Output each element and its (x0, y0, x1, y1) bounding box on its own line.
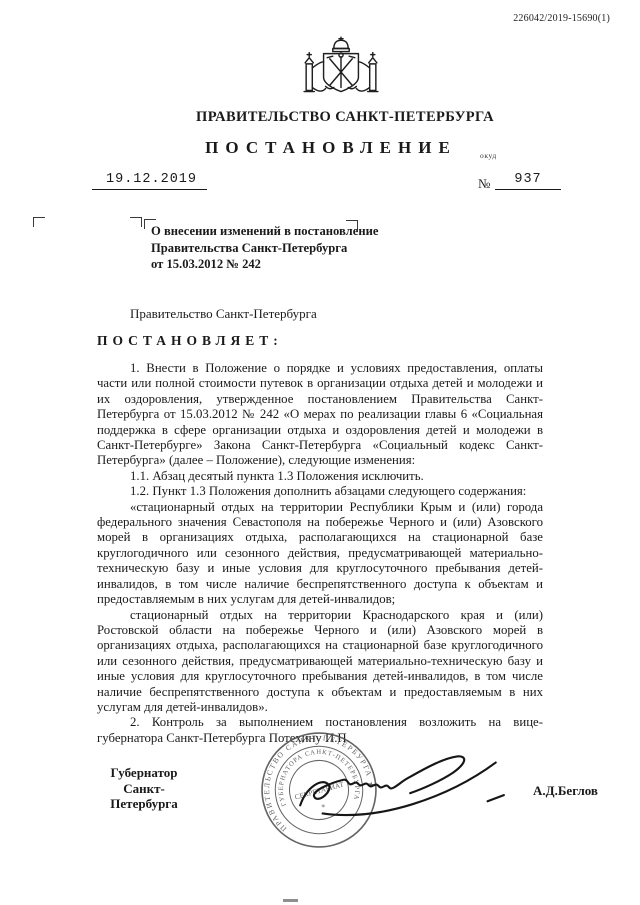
signer-position: Губернатор Санкт-Петербурга (95, 765, 193, 812)
okud-form-label: окуд (480, 151, 497, 160)
subject-line: О внесении изменений в постановление (151, 223, 381, 240)
registration-ref-number: 226042/2019-15690(1) (513, 13, 610, 24)
document-page: 226042/2019-15690(1) ПРАВИТЕЛЬСТ (0, 0, 640, 905)
preamble-text: Правительство Санкт-Петербурга (130, 306, 317, 322)
number-sign-label: № (478, 176, 490, 192)
resolves-heading: ПОСТАНОВЛЯЕТ: (97, 333, 283, 349)
doc-subject-block: О внесении изменений в постановление Пра… (151, 223, 381, 273)
handwritten-signature (288, 745, 512, 829)
scan-artifact (283, 899, 298, 902)
doc-body: 1. Внести в Положение о порядке и услови… (97, 361, 543, 746)
doc-type-heading: ПОСТАНОВЛЕНИЕ (0, 138, 640, 158)
subject-line: Правительства Санкт-Петербурга (151, 240, 381, 257)
paragraph-crimea: «стационарный отдых на территории Респуб… (97, 500, 543, 608)
corner-mark-left (33, 217, 45, 227)
spb-coat-of-arms-icon (300, 36, 382, 102)
doc-number: 937 (495, 172, 561, 190)
paragraph-1: 1. Внести в Положение о порядке и услови… (97, 361, 543, 469)
paragraph-krasnodar: стационарный отдых на территории Краснод… (97, 608, 543, 716)
paragraph-1-1: 1.1. Абзац десятый пункта 1.3 Положения … (97, 469, 543, 484)
subject-line: от 15.03.2012 № 242 (151, 256, 381, 273)
signer-position-line: Санкт-Петербурга (95, 781, 193, 812)
doc-date: 19.12.2019 (92, 172, 207, 190)
paragraph-1-2: 1.2. Пункт 1.3 Положения дополнить абзац… (97, 484, 543, 499)
org-name-heading: ПРАВИТЕЛЬСТВО САНКТ-ПЕТЕРБУРГА (0, 109, 640, 126)
signer-position-line: Губернатор (95, 765, 193, 781)
signer-name: А.Д.Беглов (533, 783, 598, 799)
corner-mark-mid-right (130, 217, 142, 227)
